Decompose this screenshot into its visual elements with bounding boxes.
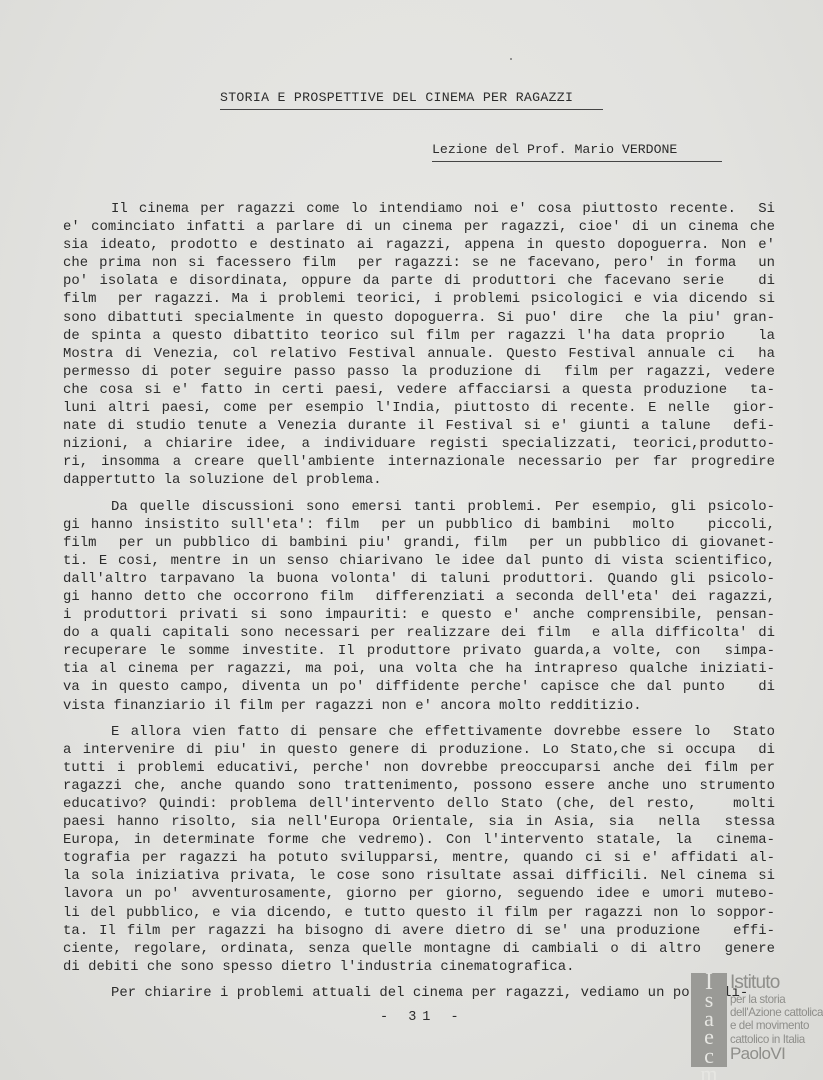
text-line: tutti i problemi educativi, perche' non …: [63, 759, 775, 777]
logo-letter: m: [700, 1065, 717, 1080]
text-line: che cosa si e' fatto in certi paesi, ved…: [63, 381, 775, 399]
text-line: de spinta a questo dibattito teorico sul…: [63, 327, 775, 345]
text-line: ri, insomma a creare quell'ambiente inte…: [63, 453, 775, 471]
text-line: la sola iniziativa privata, le cose sono…: [63, 867, 775, 885]
logo-istituto: Istituto: [730, 973, 823, 993]
text-line: paesi hanno risolto, sia nell'Europa Ori…: [63, 813, 775, 831]
text-line: tografia per ragazzi ha potuto sviluppar…: [63, 849, 775, 867]
logo-paolo-vi: PaoloVI: [730, 1046, 823, 1062]
text-line: gi hanno detto che occorrono film differ…: [63, 588, 775, 606]
document-title: STORIA E PROSPETTIVE DEL CINEMA PER RAGA…: [220, 90, 603, 110]
text-line: film per ragazzi. Ma i problemi teorici,…: [63, 290, 775, 308]
text-line: i produttori privati si sono impauriti: …: [63, 606, 775, 624]
isacem-watermark-logo: I s a e c m Istituto per la storia dell'…: [691, 973, 823, 1068]
logo-line: e del movimento: [730, 1019, 823, 1032]
text-line: tia al cinema per ragazzi, ma poi, una v…: [63, 660, 775, 678]
document-subtitle: Lezione del Prof. Mario VERDONE: [432, 142, 722, 162]
text-line: nate di studio tenute a Venezia durante …: [63, 417, 775, 435]
text-line: e' cominciato infatti a parlare di un ci…: [63, 218, 775, 236]
text-line: Da quelle discussioni sono emersi tanti …: [63, 498, 775, 516]
text-line: va in questo campo, diventa un po' diffi…: [63, 678, 775, 696]
text-line: lavora un po' avventurosamente, giorno p…: [63, 885, 775, 903]
paragraph-4: Per chiarire i problemi attuali del cine…: [63, 984, 775, 1002]
document-body: Il cinema per ragazzi come lo intendiamo…: [63, 200, 775, 1002]
text-line: Mostra di Venezia, col relativo Festival…: [63, 345, 775, 363]
text-line: ta. Il film per ragazzi ha bisogno di av…: [63, 922, 775, 940]
text-line: a intervenire di piu' in questo genere d…: [63, 741, 775, 759]
text-line: ragazzi che, anche quando sono trattenim…: [63, 777, 775, 795]
logo-text: Istituto per la storia dell'Azione catto…: [727, 973, 823, 1068]
text-line: do a quali capitali sono necessari per r…: [63, 624, 775, 642]
logo-monogram: I s a e c m: [691, 973, 727, 1067]
text-line: permesso di poter seguire passo passo la…: [63, 363, 775, 381]
logo-line: per la storia: [730, 993, 823, 1006]
text-line: luni altri paesi, come per esempio l'Ind…: [63, 399, 775, 417]
text-line: Il cinema per ragazzi come lo intendiamo…: [63, 200, 775, 218]
text-line: gi hanno insistito sull'eta': film per u…: [63, 516, 775, 534]
text-line: sia ideato, prodotto e destinato ai raga…: [63, 236, 775, 254]
speck: [510, 58, 512, 60]
logo-line: dell'Azione cattolica: [730, 1006, 823, 1019]
text-line: Europa, in determinate forme che vedremo…: [63, 831, 775, 849]
text-line: E allora vien fatto di pensare che effet…: [63, 723, 775, 741]
text-line: recuperare le somme investite. Il produt…: [63, 642, 775, 660]
text-line: po' isolata e disordinata, oppure da par…: [63, 272, 775, 290]
scanned-page: STORIA E PROSPETTIVE DEL CINEMA PER RAGA…: [0, 0, 823, 1080]
text-line: educativo? Quindi: problema dell'interve…: [63, 795, 775, 813]
text-line: Per chiarire i problemi attuali del cine…: [63, 984, 775, 1002]
text-line: sono dibattuti specialmente in questo do…: [63, 309, 775, 327]
paragraph-1: Il cinema per ragazzi come lo intendiamo…: [63, 200, 775, 490]
text-line: che prima non si facessero film per raga…: [63, 254, 775, 272]
text-line: vista finanziario il film per ragazzi no…: [63, 697, 775, 715]
text-line: film per un pubblico di bambini piu' gra…: [63, 534, 775, 552]
text-line: nizioni, a chiarire idee, a individuare …: [63, 435, 775, 453]
paragraph-3: E allora vien fatto di pensare che effet…: [63, 723, 775, 976]
text-line: di debiti che sono spesso dietro l'indus…: [63, 958, 775, 976]
text-line: ti. E cosi, mentre in un senso chiarivan…: [63, 552, 775, 570]
text-line: dall'altro tarpavano la buona volonta' d…: [63, 570, 775, 588]
text-line: li del pubblico, e via dicendo, e tutto …: [63, 904, 775, 922]
paragraph-2: Da quelle discussioni sono emersi tanti …: [63, 498, 775, 715]
text-line: ciente, regolare, ordinata, senza quelle…: [63, 940, 775, 958]
text-line: dappertutto la soluzione del problema.: [63, 471, 775, 489]
page-number: - 31 -: [380, 1010, 465, 1025]
